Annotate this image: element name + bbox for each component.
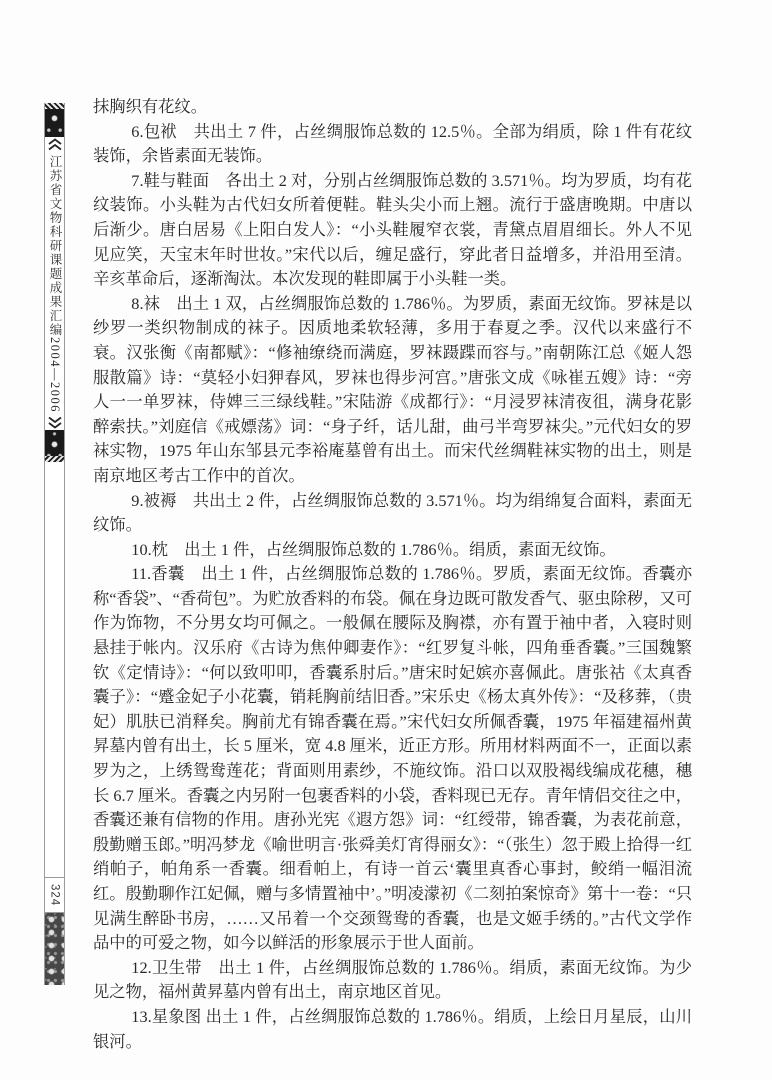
paragraph: 7.鞋与鞋面 各出土 2 对，分别占丝绸服饰总数的 3.571％。均为罗质，均有… [93,169,692,292]
paragraph: 抹胸织有花纹。 [93,95,692,120]
spine-sidebar: 江苏省文物科研课题成果汇编2004—2006 324 [44,103,65,985]
spine-ornament-strip-icon [45,913,64,985]
chevron-down-icon [45,415,64,430]
text-column: 抹胸织有花纹。6.包袱 共出土 7 件，占丝绸服饰总数的 12.5％。全部为绢质… [93,95,692,1054]
paragraph: 12.卫生带 出土 1 件，占丝绸服饰总数的 1.786％。绢质，素面无纹饰。为… [93,956,692,1005]
page-number: 324 [45,877,64,913]
paragraph: 6.包袱 共出土 7 件，占丝绸服饰总数的 12.5％。全部为绢质，除 1 件有… [93,120,692,169]
paragraph: 9.被褥 共出土 2 件，占丝绸服饰总数的 3.571％。均为绢绵复合面料，素面… [93,489,692,538]
paragraph: 11.香囊 出土 1 件，占丝绸服饰总数的 1.786％。罗质，素面无纹饰。香囊… [93,562,692,956]
spine-title: 江苏省文物科研课题成果汇编2004—2006 [45,155,64,413]
book-page: 江苏省文物科研课题成果汇编2004—2006 324 抹胸织有花纹。6.包袱 共… [0,0,772,1080]
spine-rule [45,462,64,877]
spine-ornament-bottom-icon [45,430,64,462]
paragraph: 13.星象图 出土 1 件，占丝绸服饰总数的 1.786％。绢质，上绘日月星辰，… [93,1005,692,1054]
spine-ornament-top-icon [45,103,64,137]
paragraph: 10.枕 出土 1 件，占丝绸服饰总数的 1.786％。绢质，素面无纹饰。 [93,538,692,563]
chevron-up-icon [45,137,64,152]
paragraph: 8.袜 出土 1 双，占丝绸服饰总数的 1.786％。为罗质，素面无纹饰。罗袜是… [93,292,692,489]
